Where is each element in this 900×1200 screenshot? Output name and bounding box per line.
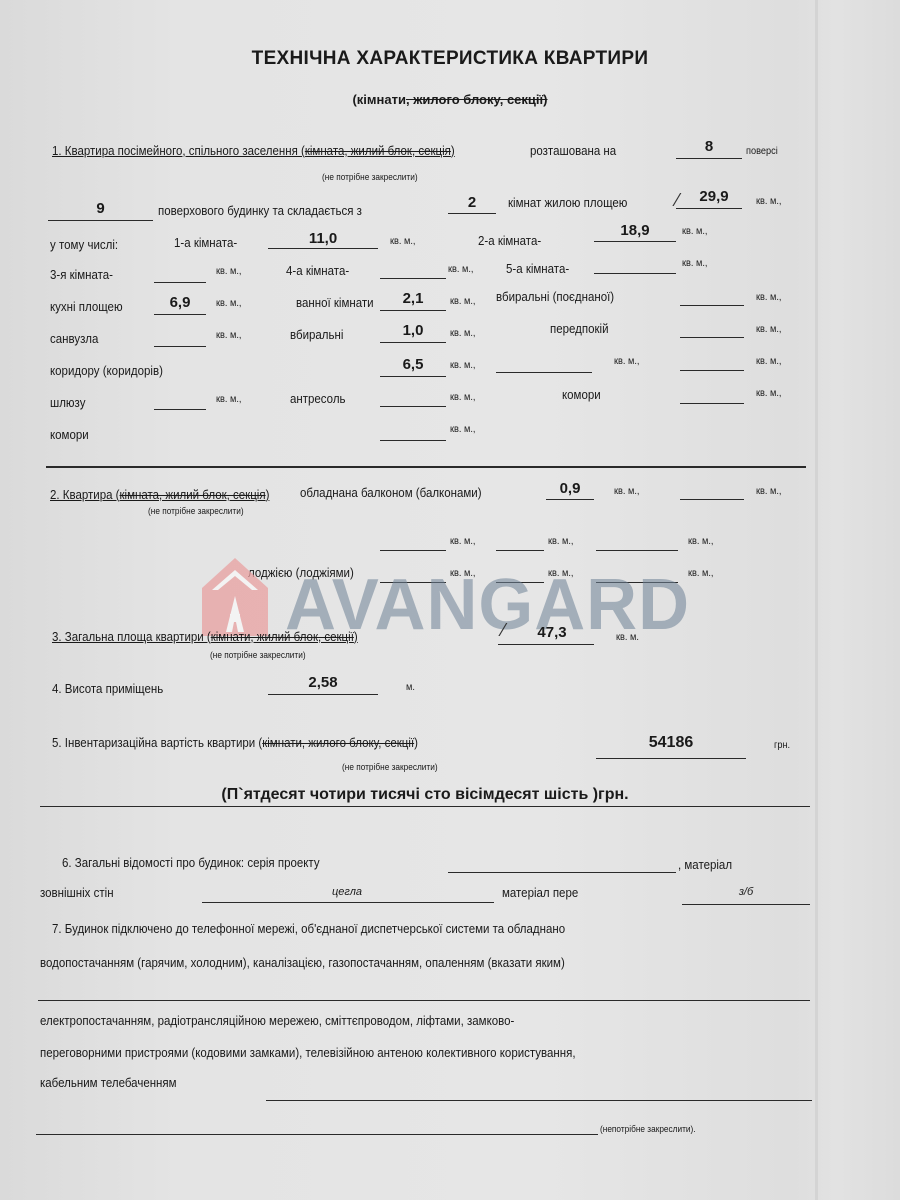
- cable-tv-line: [266, 1100, 812, 1101]
- unit: кв. м.,: [756, 324, 781, 335]
- unit: кв. м.,: [756, 388, 781, 399]
- heating-line: [38, 1000, 810, 1001]
- s3-not-needed-note: (не потрібне закреслити): [210, 650, 306, 660]
- bathroom-value: 2,1: [380, 290, 446, 307]
- unit: кв. м.,: [450, 328, 475, 339]
- s5-not-needed-note: (не потрібне закреслити): [342, 762, 438, 772]
- unit: кв. м.,: [614, 486, 639, 497]
- in-words-line: [40, 806, 810, 807]
- material-label: , матеріал: [678, 858, 732, 872]
- storage-line: [680, 403, 744, 404]
- inventory-line: [596, 758, 746, 759]
- kitchen-value: 6,9: [154, 294, 206, 311]
- height-label: 4. Висота приміщень: [52, 682, 163, 696]
- document-title: ТЕХНІЧНА ХАРАКТЕРИСТИКА КВАРТИРИ: [0, 48, 900, 70]
- inventory-value-in-words: (П`ятдесят чотири тисячі сто вісімдесят …: [40, 786, 810, 804]
- document-page: ТЕХНІЧНА ХАРАКТЕРИСТИКА КВАРТИРИ (кімнат…: [0, 0, 900, 1200]
- wc-value: 1,0: [380, 322, 446, 339]
- corridor-line: [380, 376, 446, 377]
- balcony-extra-line: [680, 499, 744, 500]
- room4-label: 4-а кімната-: [286, 264, 349, 278]
- storage2-label: комори: [50, 428, 89, 442]
- s1-not-needed-note: (не потрібне закреслити): [322, 172, 418, 182]
- balcony-value: 0,9: [546, 480, 594, 497]
- unit: кв. м.,: [682, 226, 707, 237]
- walls-material-line: [202, 902, 494, 903]
- storage-label: комори: [562, 388, 601, 402]
- paper-edge: [815, 0, 818, 1200]
- balcony-line-2: [380, 550, 446, 551]
- wc-combined-line: [680, 305, 744, 306]
- floors-material-value: з/б: [682, 886, 810, 898]
- unit: кв. м.,: [756, 486, 781, 497]
- floor-line: [676, 158, 742, 159]
- room4-line: [380, 278, 446, 279]
- s5-label: 5. Інвентаризаційна вартість квартири (к…: [52, 736, 418, 750]
- height-value: 2,58: [268, 674, 378, 691]
- final-note: (непотрібне закреслити).: [600, 1124, 696, 1134]
- height-line: [268, 694, 378, 695]
- unit: кв. м.,: [216, 330, 241, 341]
- s3-label: 3. Загальна площа квартири (кімнати, жил…: [52, 630, 358, 644]
- balcony-line: [546, 499, 594, 500]
- s7-line2: водопостачанням (гарячим, холодним), кан…: [40, 956, 565, 970]
- mezzanine-line: [380, 406, 446, 407]
- unit: кв. м.,: [450, 536, 475, 547]
- unit: кв. м.,: [216, 394, 241, 405]
- s7-line4: переговорними пристроями (кодовими замка…: [40, 1046, 576, 1060]
- living-area-line: [676, 208, 742, 209]
- building-floors-value: 9: [48, 200, 153, 217]
- airlock-line: [154, 409, 206, 410]
- s1-located-on: розташована на: [530, 144, 616, 158]
- document-subtitle: (кімнати, жилого блоку, секції): [0, 92, 900, 107]
- s2-label: 2. Квартира (кімната, жилий блок, секція…: [50, 488, 269, 502]
- including-label: у тому числі:: [50, 238, 118, 252]
- room5-label: 5-а кімната-: [506, 262, 569, 276]
- bathroom-line: [380, 310, 446, 311]
- s7-line3: електропостачанням, радіотрансляційною м…: [40, 1014, 514, 1028]
- s6-label: 6. Загальні відомості про будинок: серія…: [62, 856, 320, 870]
- room3-label: 3-я кімната-: [50, 268, 113, 282]
- unit: кв. м.,: [756, 196, 781, 207]
- room1-line: [268, 248, 378, 249]
- floor-value: 8: [676, 138, 742, 155]
- room2-value: 18,9: [594, 222, 676, 239]
- s7-line5: кабельним телебаченням: [40, 1076, 177, 1090]
- unit: кв. м.,: [216, 266, 241, 277]
- storage2-line: [380, 440, 446, 441]
- walls-label: зовнішніх стін: [40, 886, 114, 900]
- hallway-line: [680, 337, 744, 338]
- room5-line: [594, 273, 676, 274]
- balcony-line-4: [596, 550, 678, 551]
- s1-label: 1. Квартира посімейного, спільного засел…: [52, 144, 455, 158]
- room2-label: 2-а кімната-: [478, 234, 541, 248]
- room1-label: 1-а кімната-: [174, 236, 237, 250]
- walls-material-value: цегла: [202, 886, 492, 898]
- unit: кв. м.,: [756, 356, 781, 367]
- wc-line: [380, 342, 446, 343]
- kitchen-label: кухні площею: [50, 300, 123, 314]
- balcony-text: обладнана балконом (балконами): [300, 486, 482, 500]
- bathroom-label: ванної кімнати: [296, 296, 374, 310]
- unit: кв. м.: [616, 632, 639, 643]
- height-unit: м.: [406, 682, 415, 693]
- unit: кв. м.,: [682, 258, 707, 269]
- unit: кв. м.,: [216, 298, 241, 309]
- wc-label: вбиральні: [290, 328, 343, 342]
- unit: кв. м.,: [390, 236, 415, 247]
- unit: кв. м.,: [548, 536, 573, 547]
- unit: кв. м.,: [450, 424, 475, 435]
- s2-not-needed-note: (не потрібне закреслити): [148, 506, 244, 516]
- mezzanine-label: антресоль: [290, 392, 346, 406]
- final-line: [36, 1134, 598, 1135]
- checkmark-icon: ⁄: [502, 620, 505, 641]
- project-series-line: [448, 872, 676, 873]
- sanuzel-label: санвузла: [50, 332, 98, 346]
- unit: кв. м.,: [614, 356, 639, 367]
- corridor-extra-line-2: [680, 370, 744, 371]
- rooms-count-value: 2: [448, 194, 496, 211]
- airlock-label: шлюзу: [50, 396, 85, 410]
- balcony-line-3: [496, 550, 544, 551]
- currency: грн.: [774, 740, 790, 751]
- corridor-extra-line-1: [496, 372, 592, 373]
- unit: кв. м.,: [450, 360, 475, 371]
- building-floors-line: [48, 220, 153, 221]
- avangard-logo-icon: [200, 556, 270, 636]
- unit: кв. м.,: [450, 392, 475, 403]
- living-area-value: 29,9: [686, 188, 742, 205]
- inventory-value: 54186: [596, 734, 746, 752]
- hallway-label: передпокій: [550, 322, 609, 336]
- section-divider: [46, 466, 806, 468]
- unit: кв. м.,: [688, 536, 713, 547]
- total-area-value: 47,3: [512, 624, 592, 641]
- wc-combined-label: вбиральні (поєднаної): [496, 290, 614, 304]
- total-area-line: [498, 644, 594, 645]
- floors-label: матеріал пере: [502, 886, 578, 900]
- floors-material-line: [682, 904, 810, 905]
- unit: кв. м.,: [448, 264, 473, 275]
- room2-line: [594, 241, 676, 242]
- unit: кв. м.,: [450, 296, 475, 307]
- rooms-count-line: [448, 213, 496, 214]
- room1-value: 11,0: [268, 230, 378, 247]
- corridor-value: 6,5: [380, 356, 446, 373]
- room3-line: [154, 282, 206, 283]
- s7-line1: 7. Будинок підключено до телефонної мере…: [52, 922, 565, 936]
- rooms-text: кімнат жилою площею: [508, 196, 627, 210]
- corridor-label: коридору (коридорів): [50, 364, 163, 378]
- floor-suffix: поверсі: [746, 146, 778, 157]
- building-text: поверхового будинку та складається з: [158, 204, 362, 218]
- unit: кв. м.,: [756, 292, 781, 303]
- sanuzel-line: [154, 346, 206, 347]
- kitchen-line: [154, 314, 206, 315]
